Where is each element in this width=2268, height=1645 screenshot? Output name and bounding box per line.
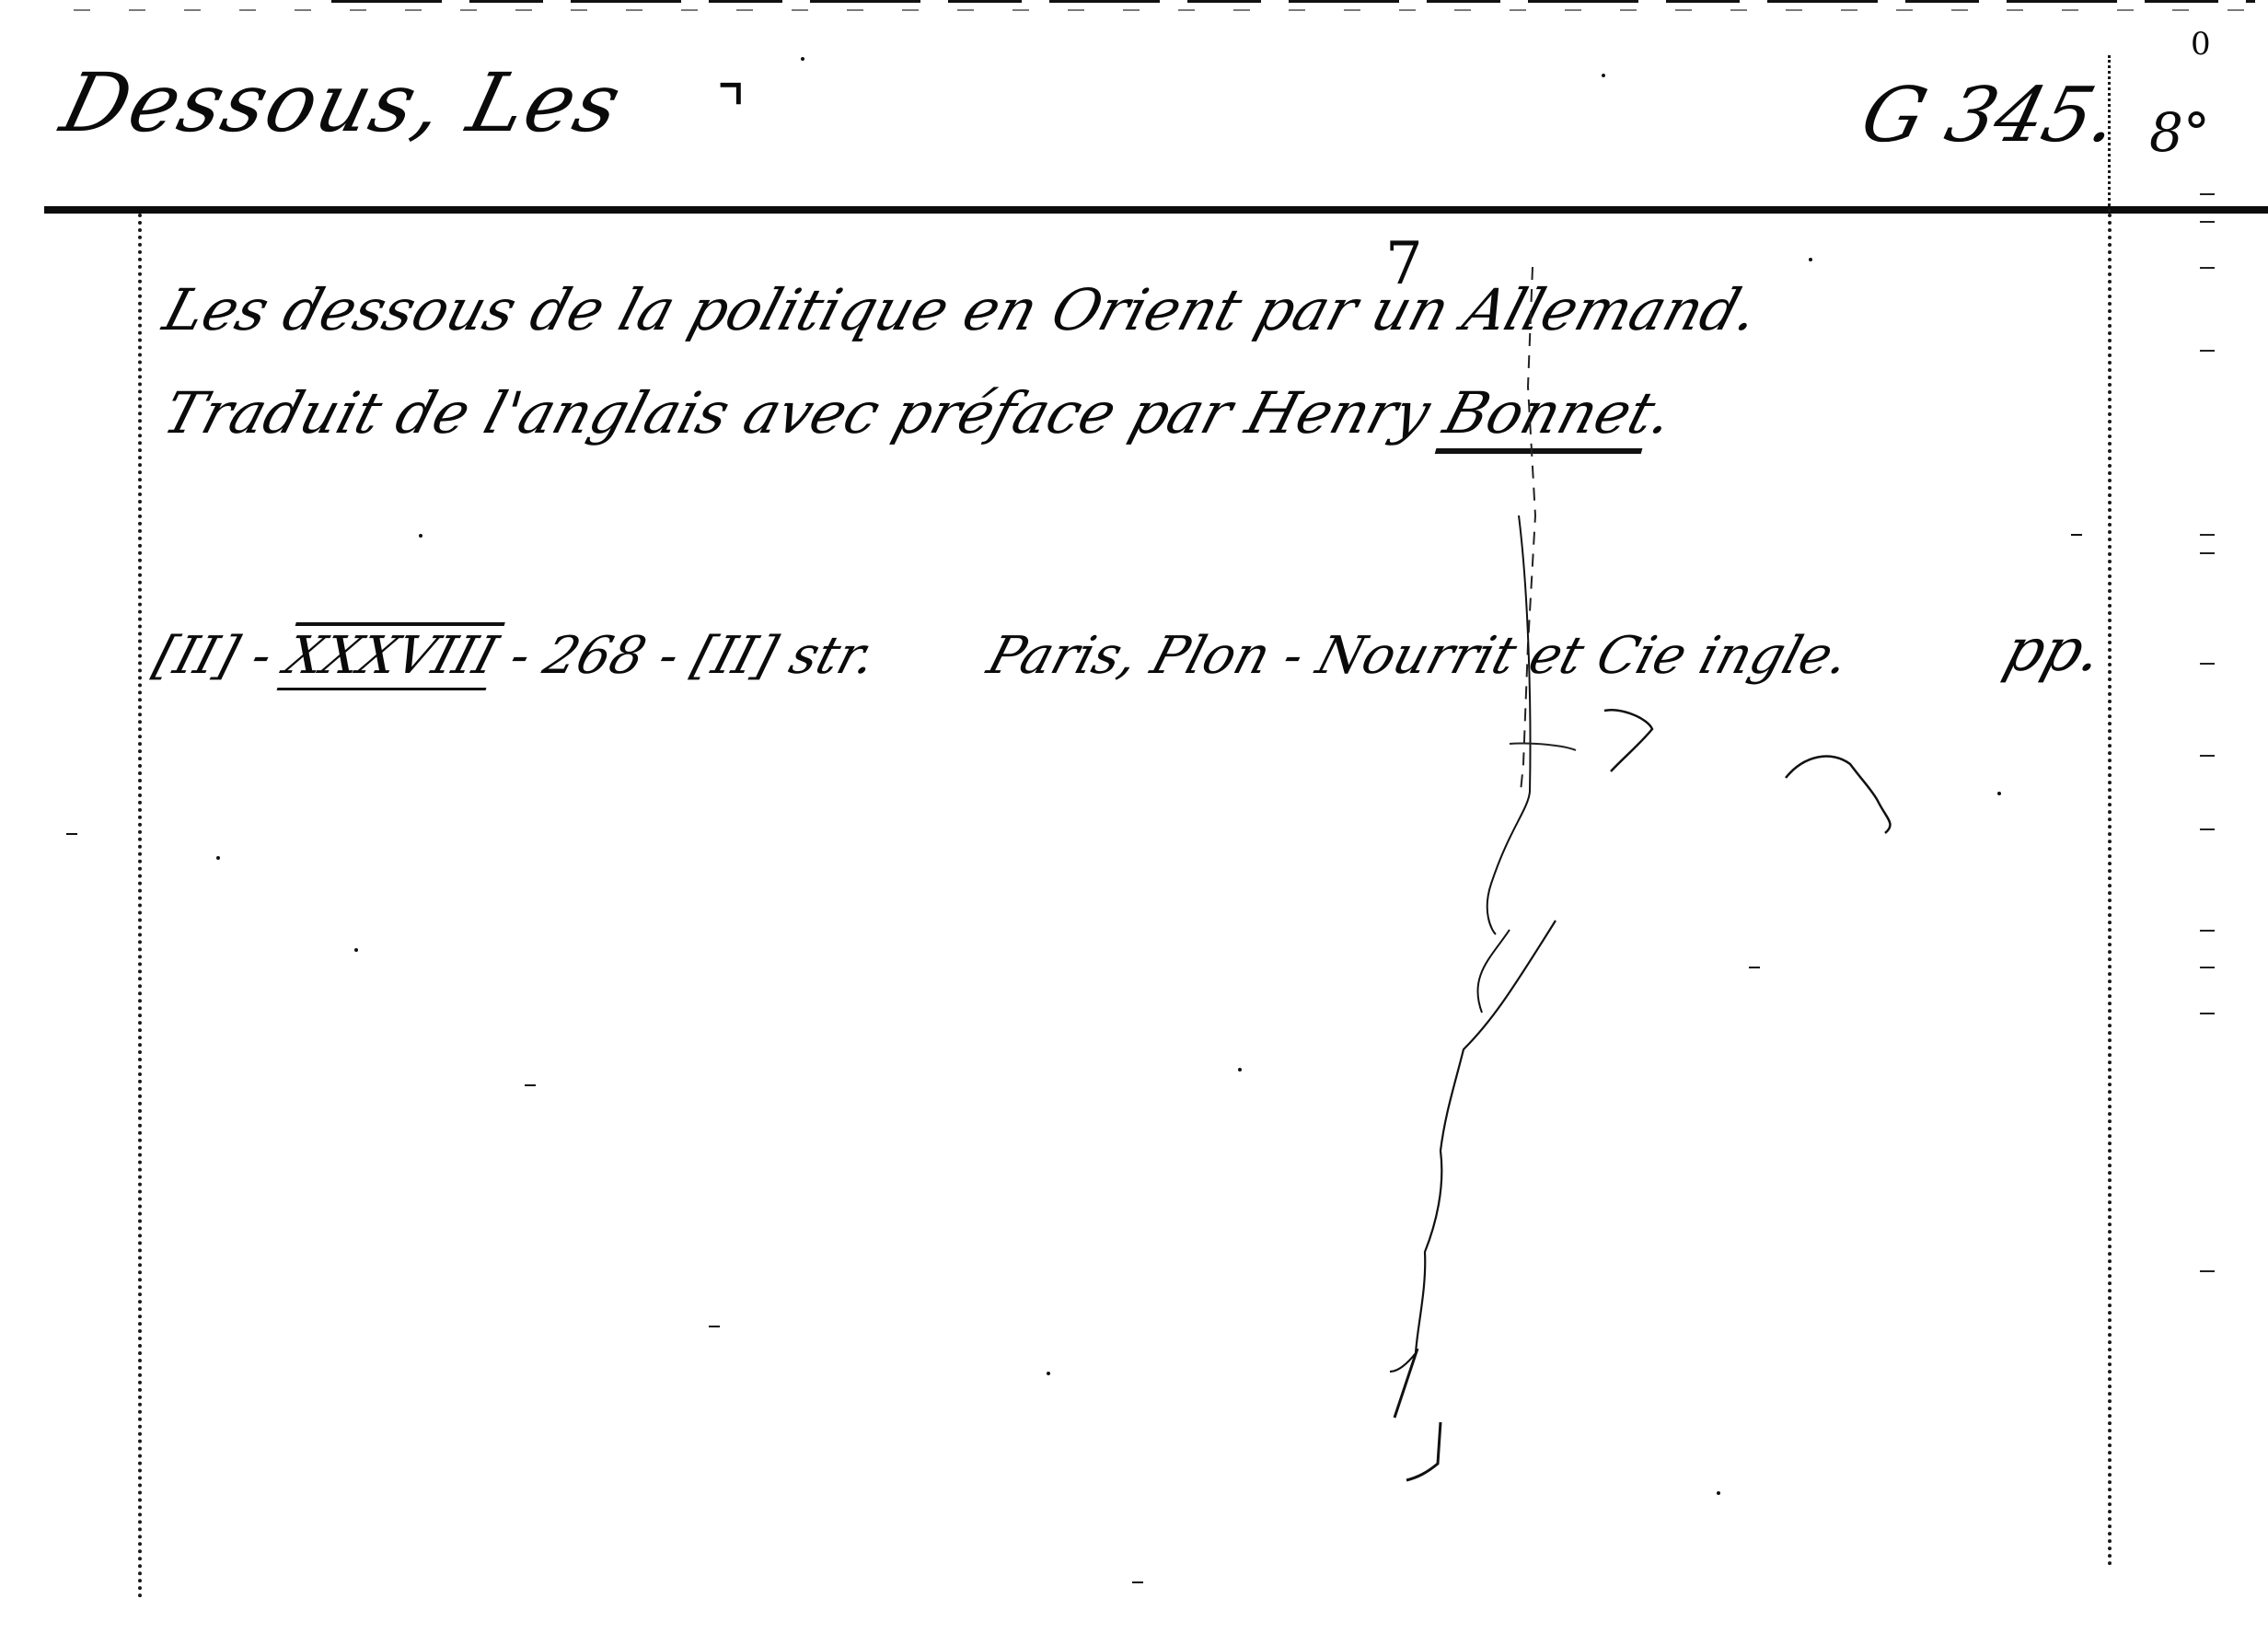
insertion-caret-icon: ⌝	[716, 72, 746, 147]
translator-statement: Traduit de l'anglais avec préface par He…	[156, 379, 1438, 446]
title-text: Les dessous de la politique en Orient pa…	[156, 276, 1766, 343]
shelfmark: G 345.	[1853, 72, 2127, 159]
scan-speck	[419, 534, 422, 538]
editorial-caret-mark: 7	[1385, 230, 1423, 298]
heading-entry-word: Dessous, Les	[52, 55, 631, 150]
roman-pagination: XXXVIII	[277, 622, 505, 690]
card-heading: Dessous, Les ⌝ G 345. 0 8°	[0, 0, 2268, 212]
card-frame-right-top	[2108, 55, 2111, 212]
scan-speck	[216, 856, 220, 860]
title-line-2: Traduit de l'anglais avec préface par He…	[156, 379, 1681, 446]
scan-speck	[1717, 1491, 1720, 1495]
card-frame-right	[2108, 214, 2112, 1567]
card-frame-left	[138, 214, 142, 1599]
scan-dash	[1132, 1581, 1143, 1583]
heading-rule	[44, 206, 2268, 214]
margin-ruler-ticks	[2200, 184, 2227, 1289]
collation-line: [II] - XXXVIII - 268 - [II] str. Paris, …	[147, 626, 1856, 686]
scan-speck	[801, 57, 804, 61]
scan-dash	[2071, 534, 2082, 536]
scan-speck	[1238, 1068, 1242, 1072]
format-annotation: 0	[2191, 26, 2211, 63]
scan-dash	[1749, 967, 1760, 968]
title-line-1: Les dessous de la politique en Orient pa…	[156, 276, 1766, 343]
scan-speck	[1602, 74, 1605, 77]
scan-speck	[1809, 258, 1812, 261]
scan-dash	[709, 1326, 720, 1327]
imprint: Paris, Plon - Nourrit et Cie ingle.	[981, 626, 1856, 686]
scan-speck	[1997, 792, 2001, 795]
pages-abbrev: str.	[767, 626, 883, 686]
arabic-pagination: 268	[537, 626, 653, 686]
collation-annotation: pp.	[1996, 617, 2111, 685]
scan-dash	[66, 833, 77, 835]
scan-dash	[525, 1084, 536, 1086]
paper-crease-mark	[0, 0, 2268, 1645]
translator-surname: Bonnet	[1435, 379, 1663, 454]
scan-speck	[354, 948, 358, 952]
scan-speck	[1047, 1372, 1050, 1375]
book-format: 8°	[2149, 101, 2210, 164]
